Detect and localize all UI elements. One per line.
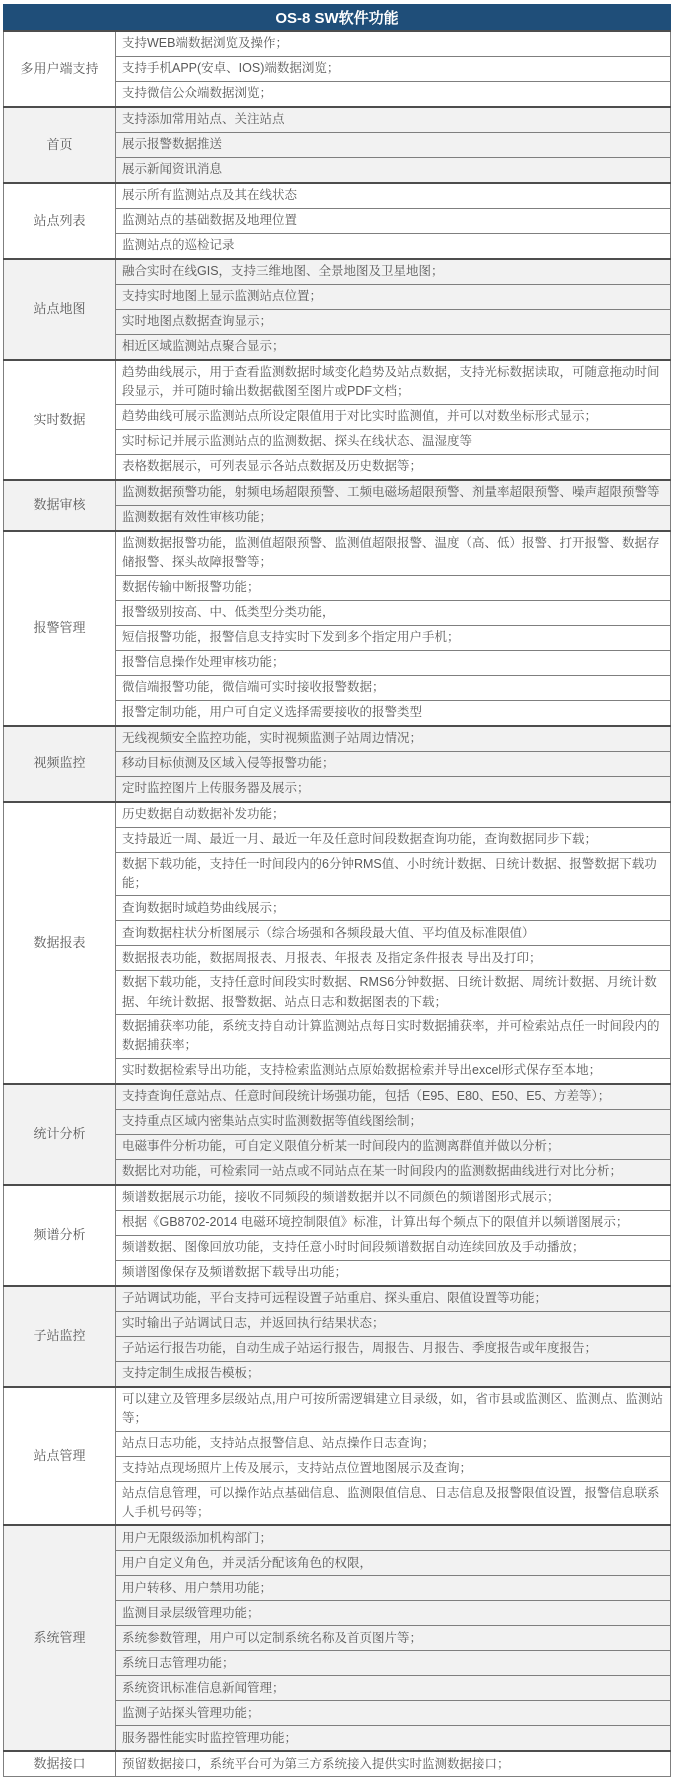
feature-cell: 系统日志管理功能；	[116, 1651, 671, 1676]
feature-cell: 报警信息操作处理审核功能；	[116, 650, 671, 675]
feature-cell: 监测子站探头管理功能；	[116, 1701, 671, 1726]
feature-cell: 监测数据预警功能，射频电场超限预警、工频电磁场超限预警、剂量率超限预警、噪声超限…	[116, 480, 671, 506]
category-cell: 视频监控	[4, 726, 116, 802]
category-cell: 系统管理	[4, 1525, 116, 1751]
feature-cell: 站点信息管理，可以操作站点基础信息、监测限值信息、日志信息及报警限值设置，报警信…	[116, 1481, 671, 1525]
feature-cell: 监测数据报警功能，监测值超限预警、监测值超限报警、温度（高、低）报警、打开报警、…	[116, 531, 671, 575]
category-cell: 数据接口	[4, 1751, 116, 1777]
table-row: 频谱分析频谱数据展示功能，接收不同频段的频谱数据并以不同颜色的频谱图形式展示；	[4, 1185, 671, 1211]
category-cell: 实时数据	[4, 360, 116, 480]
table-row: 视频监控无线视频安全监控功能，实时视频监测子站周边情况；	[4, 726, 671, 752]
feature-cell: 移动目标侦测及区域入侵等报警功能；	[116, 751, 671, 776]
feature-cell: 可以建立及管理多层级站点,用户可按所需逻辑建立目录级，如，省市县或监测区、监测点…	[116, 1387, 671, 1431]
table-row: 报警管理监测数据报警功能，监测值超限预警、监测值超限报警、温度（高、低）报警、打…	[4, 531, 671, 575]
section-12: 子站监控子站调试功能，平台支持可远程设置子站重启、探头重启、限值设置等功能；实时…	[4, 1286, 671, 1387]
table-row: 首页支持添加常用站点、关注站点	[4, 107, 671, 133]
table-row: 站点管理可以建立及管理多层级站点,用户可按所需逻辑建立目录级，如，省市县或监测区…	[4, 1387, 671, 1431]
section-4: 站点地图融合实时在线GIS，支持三维地图、全景地图及卫星地图；支持实时地图上显示…	[4, 259, 671, 360]
feature-cell: 数据下载功能，支持任一时间段内的6分钟RMS值、小时统计数据、日统计数据、报警数…	[116, 852, 671, 896]
feature-cell: 数据捕获率功能，系统支持自动计算监测站点每日实时数据捕获率，并可检索站点任一时间…	[116, 1015, 671, 1059]
feature-cell: 数据报表功能，数据周报表、月报表、年报表 及指定条件报表 导出及打印；	[116, 946, 671, 971]
feature-cell: 趋势曲线展示，用于查看监测数据时域变化趋势及站点数据，支持光标数据读取，可随意拖…	[116, 360, 671, 404]
feature-cell: 站点日志功能，支持站点报警信息、站点操作日志查询；	[116, 1431, 671, 1456]
feature-cell: 数据下载功能，支持任意时间段实时数据、RMS6分钟数据、日统计数据、周统计数据、…	[116, 971, 671, 1015]
feature-cell: 报警级别按高、中、低类型分类功能，	[116, 600, 671, 625]
feature-cell: 支持WEB端数据浏览及操作；	[116, 31, 671, 57]
category-cell: 站点地图	[4, 259, 116, 360]
table-header: OS-8 SW软件功能	[4, 5, 671, 32]
feature-cell: 子站运行报告功能，自动生成子站运行报告，周报告、月报告、季度报告或年度报告；	[116, 1336, 671, 1361]
section-15: 数据接口预留数据接口，系统平台可为第三方系统接入提供实时监测数据接口；	[4, 1751, 671, 1777]
feature-cell: 系统参数管理，用户可以定制系统名称及首页图片等；	[116, 1626, 671, 1651]
feature-cell: 展示新闻资讯消息	[116, 158, 671, 184]
table-row: 数据报表历史数据自动数据补发功能；	[4, 802, 671, 828]
section-8: 视频监控无线视频安全监控功能，实时视频监测子站周边情况；移动目标侦测及区域入侵等…	[4, 726, 671, 802]
section-10: 统计分析支持查询任意站点、任意时间段统计场强功能，包括（E95、E80、E50、…	[4, 1084, 671, 1185]
category-cell: 子站监控	[4, 1286, 116, 1387]
feature-cell: 支持实时地图上显示监测站点位置；	[116, 285, 671, 310]
feature-cell: 相近区域监测站点聚合显示；	[116, 335, 671, 361]
feature-cell: 支持重点区域内密集站点实时监测数据等值线图绘制；	[116, 1109, 671, 1134]
section-7: 报警管理监测数据报警功能，监测值超限预警、监测值超限报警、温度（高、低）报警、打…	[4, 531, 671, 726]
feature-cell: 数据比对功能，可检索同一站点或不同站点在某一时间段内的监测数据曲线进行对比分析；	[116, 1159, 671, 1185]
section-9: 数据报表历史数据自动数据补发功能；支持最近一周、最近一月、最近一年及任意时间段数…	[4, 802, 671, 1084]
feature-cell: 监测站点的基础数据及地理位置	[116, 209, 671, 234]
software-feature-table: OS-8 SW软件功能 多用户端支持支持WEB端数据浏览及操作；支持手机APP(…	[3, 4, 671, 1777]
table-row: 数据审核监测数据预警功能，射频电场超限预警、工频电磁场超限预警、剂量率超限预警、…	[4, 480, 671, 506]
feature-cell: 实时输出子站调试日志，并返回执行结果状态；	[116, 1311, 671, 1336]
feature-cell: 支持添加常用站点、关注站点	[116, 107, 671, 133]
feature-cell: 展示报警数据推送	[116, 133, 671, 158]
feature-cell: 支持定制生成报告模板；	[116, 1361, 671, 1387]
table-row: 统计分析支持查询任意站点、任意时间段统计场强功能，包括（E95、E80、E50、…	[4, 1084, 671, 1110]
feature-cell: 监测数据有效性审核功能；	[116, 505, 671, 531]
section-3: 站点列表展示所有监测站点及其在线状态监测站点的基础数据及地理位置监测站点的巡检记…	[4, 183, 671, 259]
feature-cell: 趋势曲线可展示监测站点所设定限值用于对比实时监测值，并可以对数坐标形式显示；	[116, 404, 671, 429]
section-14: 系统管理用户无限级添加机构部门；用户自定义角色，并灵活分配该角色的权限，用户转移…	[4, 1525, 671, 1751]
feature-cell: 频谱数据、图像回放功能，支持任意小时时间段频谱数据自动连续回放及手动播放；	[116, 1235, 671, 1260]
feature-cell: 支持最近一周、最近一月、最近一年及任意时间段数据查询功能，查询数据同步下载；	[116, 827, 671, 852]
feature-cell: 报警定制功能，用户可自定义选择需要接收的报警类型	[116, 700, 671, 726]
category-cell: 数据报表	[4, 802, 116, 1084]
feature-cell: 融合实时在线GIS，支持三维地图、全景地图及卫星地图；	[116, 259, 671, 285]
feature-cell: 电磁事件分析功能，可自定义限值分析某一时间段内的监测离群值并做以分析；	[116, 1134, 671, 1159]
category-cell: 多用户端支持	[4, 31, 116, 107]
category-cell: 报警管理	[4, 531, 116, 726]
feature-cell: 无线视频安全监控功能，实时视频监测子站周边情况；	[116, 726, 671, 752]
section-1: 多用户端支持支持WEB端数据浏览及操作；支持手机APP(安卓、IOS)端数据浏览…	[4, 31, 671, 107]
feature-cell: 根据《GB8702-2014 电磁环境控制限值》标准，计算出每个频点下的限值并以…	[116, 1210, 671, 1235]
section-11: 频谱分析频谱数据展示功能，接收不同频段的频谱数据并以不同颜色的频谱图形式展示；根…	[4, 1185, 671, 1286]
feature-cell: 展示所有监测站点及其在线状态	[116, 183, 671, 209]
feature-cell: 子站调试功能，平台支持可远程设置子站重启、探头重启、限值设置等功能；	[116, 1286, 671, 1312]
feature-cell: 支持查询任意站点、任意时间段统计场强功能，包括（E95、E80、E50、E5、方…	[116, 1084, 671, 1110]
feature-cell: 实时标记并展示监测站点的监测数据、探头在线状态、温湿度等	[116, 429, 671, 454]
feature-cell: 频谱数据展示功能，接收不同频段的频谱数据并以不同颜色的频谱图形式展示；	[116, 1185, 671, 1211]
category-cell: 首页	[4, 107, 116, 183]
feature-cell: 系统资讯标准信息新闻管理；	[116, 1676, 671, 1701]
feature-cell: 数据传输中断报警功能；	[116, 575, 671, 600]
table-row: 站点列表展示所有监测站点及其在线状态	[4, 183, 671, 209]
category-cell: 频谱分析	[4, 1185, 116, 1286]
category-cell: 站点列表	[4, 183, 116, 259]
feature-cell: 用户自定义角色，并灵活分配该角色的权限，	[116, 1551, 671, 1576]
feature-spec-page: OS-8 SW软件功能 多用户端支持支持WEB端数据浏览及操作；支持手机APP(…	[0, 0, 674, 1781]
section-5: 实时数据趋势曲线展示，用于查看监测数据时域变化趋势及站点数据，支持光标数据读取，…	[4, 360, 671, 480]
category-cell: 数据审核	[4, 480, 116, 531]
feature-cell: 定时监控图片上传服务器及展示；	[116, 776, 671, 802]
feature-cell: 频谱图像保存及频谱数据下载导出功能；	[116, 1260, 671, 1286]
category-cell: 站点管理	[4, 1387, 116, 1526]
feature-cell: 支持手机APP(安卓、IOS)端数据浏览；	[116, 57, 671, 82]
table-row: 多用户端支持支持WEB端数据浏览及操作；	[4, 31, 671, 57]
section-2: 首页支持添加常用站点、关注站点展示报警数据推送展示新闻资讯消息	[4, 107, 671, 183]
table-row: 站点地图融合实时在线GIS，支持三维地图、全景地图及卫星地图；	[4, 259, 671, 285]
feature-cell: 监测目录层级管理功能；	[116, 1601, 671, 1626]
table-row: 数据接口预留数据接口，系统平台可为第三方系统接入提供实时监测数据接口；	[4, 1751, 671, 1777]
feature-cell: 查询数据柱状分析图展示（综合场强和各频段最大值、平均值及标准限值）	[116, 921, 671, 946]
feature-cell: 微信端报警功能，微信端可实时接收报警数据；	[116, 675, 671, 700]
feature-cell: 实时地图点数据查询显示；	[116, 310, 671, 335]
feature-cell: 支持站点现场照片上传及展示，支持站点位置地图展示及查询；	[116, 1456, 671, 1481]
feature-cell: 实时数据检索导出功能，支持检索监测站点原始数据检索并导出excel形式保存至本地…	[116, 1058, 671, 1084]
feature-cell: 查询数据时域趋势曲线展示；	[116, 896, 671, 921]
feature-cell: 表格数据展示，可列表显示各站点数据及历史数据等；	[116, 454, 671, 480]
feature-cell: 用户转移、用户禁用功能；	[116, 1576, 671, 1601]
table-row: 实时数据趋势曲线展示，用于查看监测数据时域变化趋势及站点数据，支持光标数据读取，…	[4, 360, 671, 404]
feature-cell: 预留数据接口，系统平台可为第三方系统接入提供实时监测数据接口；	[116, 1751, 671, 1777]
feature-cell: 历史数据自动数据补发功能；	[116, 802, 671, 828]
table-title: OS-8 SW软件功能	[4, 5, 671, 32]
category-cell: 统计分析	[4, 1084, 116, 1185]
section-13: 站点管理可以建立及管理多层级站点,用户可按所需逻辑建立目录级，如，省市县或监测区…	[4, 1387, 671, 1526]
feature-cell: 支持微信公众端数据浏览；	[116, 82, 671, 108]
feature-cell: 短信报警功能，报警信息支持实时下发到多个指定用户手机；	[116, 625, 671, 650]
section-6: 数据审核监测数据预警功能，射频电场超限预警、工频电磁场超限预警、剂量率超限预警、…	[4, 480, 671, 531]
table-row: 子站监控子站调试功能，平台支持可远程设置子站重启、探头重启、限值设置等功能；	[4, 1286, 671, 1312]
feature-cell: 服务器性能实时监控管理功能；	[116, 1726, 671, 1752]
feature-cell: 监测站点的巡检记录	[116, 234, 671, 260]
table-row: 系统管理用户无限级添加机构部门；	[4, 1525, 671, 1551]
feature-cell: 用户无限级添加机构部门；	[116, 1525, 671, 1551]
